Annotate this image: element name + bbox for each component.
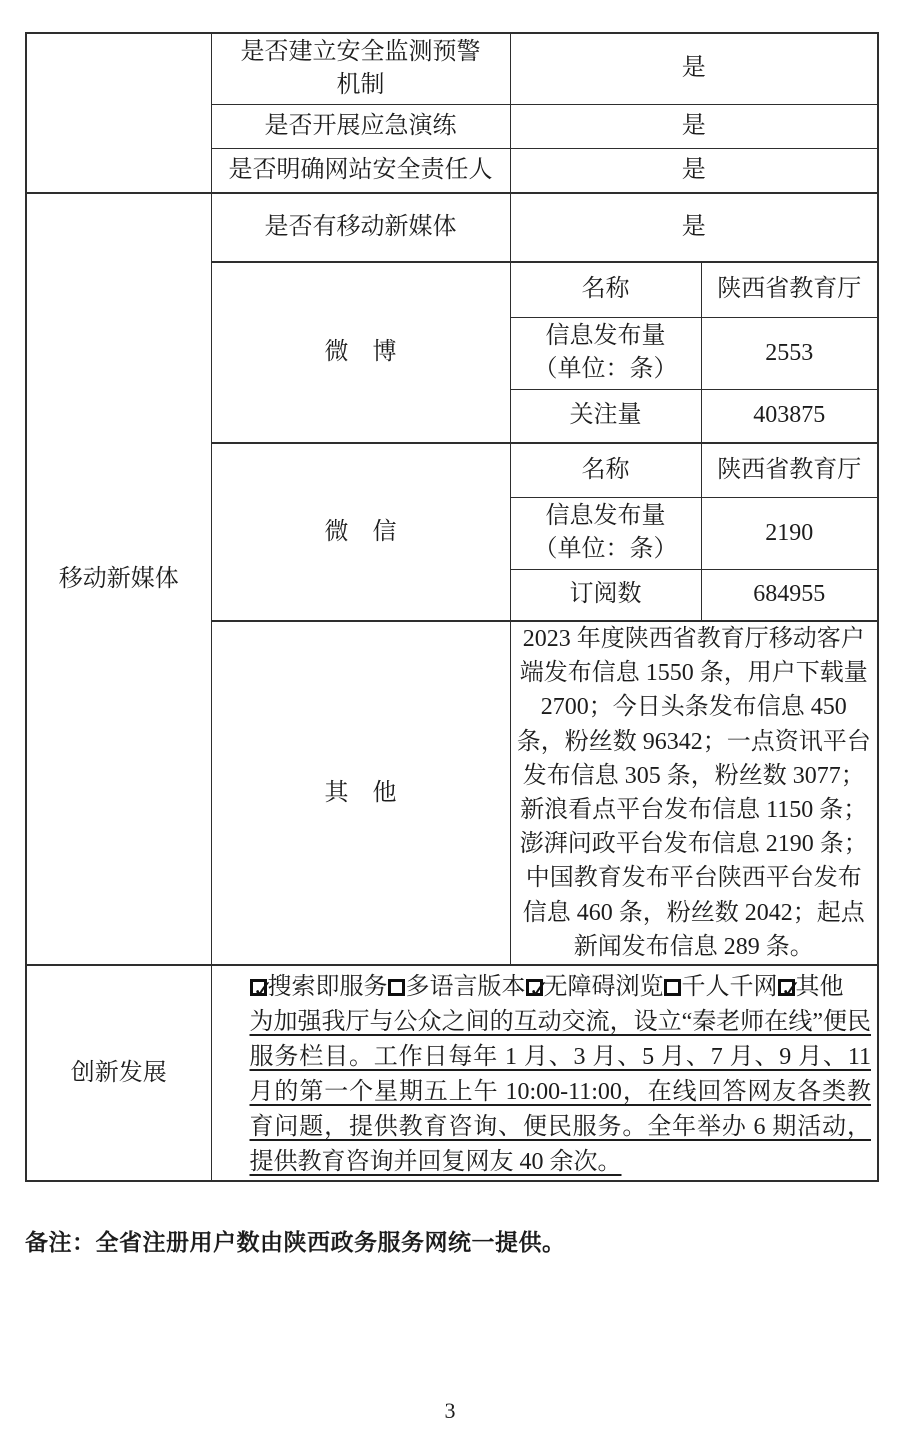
weibo-followers-value: 403875: [701, 389, 878, 443]
weibo-name-value: 陕西省教育厅: [701, 262, 878, 317]
checked-checkbox-icon: ✓: [250, 979, 267, 996]
wechat-group-label: 微 信: [211, 443, 510, 621]
checkbox-option: ✓搜索即服务: [250, 974, 388, 1000]
security-monitoring-label: 是否建立安全监测预警 机制: [211, 33, 510, 104]
checkmark-icon: ✓: [781, 972, 802, 1007]
checkbox-option: ✓无障碍浏览: [526, 974, 664, 1000]
security-responsible-person-value: 是: [510, 148, 878, 193]
mobile-media-section-label: 移动新媒体: [26, 193, 211, 965]
wechat-subscribers-label: 订阅数: [510, 569, 701, 621]
weibo-posts-value: 2553: [701, 317, 878, 389]
other-media-description: 2023 年度陕西省教育厅移动客户端发布信息 1550 条，用户下载量 2700…: [510, 621, 878, 965]
checkbox-option-label: 其他: [796, 974, 844, 1000]
wechat-posts-label: 信息发布量 （单位：条）: [510, 497, 701, 569]
innovation-checkbox-row: ✓搜索即服务多语言版本✓无障碍浏览千人千网✓其他: [250, 970, 872, 1005]
wechat-name-value: 陕西省教育厅: [701, 443, 878, 497]
checked-checkbox-icon: ✓: [778, 979, 795, 996]
checkbox-option: 千人千网: [664, 974, 778, 1000]
has-mobile-media-label: 是否有移动新媒体: [211, 193, 510, 262]
page-number: 3: [0, 1398, 900, 1424]
weibo-name-label: 名称: [510, 262, 701, 317]
weibo-posts-label-line2: （单位：条）: [513, 353, 699, 386]
wechat-posts-label-line2: （单位：条）: [513, 533, 699, 566]
unchecked-checkbox-icon: [664, 979, 681, 996]
checked-checkbox-icon: ✓: [526, 979, 543, 996]
section-continuation-cell: [26, 33, 211, 193]
wechat-posts-label-line1: 信息发布量: [513, 500, 699, 533]
emergency-drill-value: 是: [510, 104, 878, 148]
document-page: 是否建立安全监测预警 机制 是 是否开展应急演练 是 是否明确网站安全责任人 是…: [0, 0, 900, 1451]
has-mobile-media-value: 是: [510, 193, 878, 262]
weibo-group-label: 微 博: [211, 262, 510, 443]
security-responsible-person-label: 是否明确网站安全责任人: [211, 148, 510, 193]
innovation-section-label: 创新发展: [26, 965, 211, 1181]
wechat-name-label: 名称: [510, 443, 701, 497]
security-monitoring-value: 是: [510, 33, 878, 104]
checkbox-option-label: 搜索即服务: [268, 974, 388, 1000]
weibo-posts-label-line1: 信息发布量: [513, 320, 699, 353]
checkbox-option-label: 千人千网: [682, 974, 778, 1000]
weibo-followers-label: 关注量: [510, 389, 701, 443]
checkbox-option: ✓其他: [778, 974, 844, 1000]
weibo-posts-label: 信息发布量 （单位：条）: [510, 317, 701, 389]
innovation-content-cell: ✓搜索即服务多语言版本✓无障碍浏览千人千网✓其他 为加强我厅与公众之间的互动交流…: [211, 965, 878, 1181]
innovation-description: 为加强我厅与公众之间的互动交流，设立“秦老师在线”便民服务栏目。工作日每年 1 …: [250, 1005, 872, 1180]
emergency-drill-label: 是否开展应急演练: [211, 104, 510, 148]
checkmark-icon: ✓: [253, 972, 274, 1007]
other-media-group-label: 其 他: [211, 621, 510, 965]
checkbox-option-label: 多语言版本: [406, 974, 526, 1000]
checkmark-icon: ✓: [529, 972, 550, 1007]
wechat-subscribers-value: 684955: [701, 569, 878, 621]
government-website-report-table: 是否建立安全监测预警 机制 是 是否开展应急演练 是 是否明确网站安全责任人 是…: [25, 32, 879, 1182]
wechat-posts-value: 2190: [701, 497, 878, 569]
footnote: 备注：全省注册用户数由陕西政务服务网统一提供。: [25, 1224, 566, 1257]
checkbox-option: 多语言版本: [388, 974, 526, 1000]
checkbox-option-label: 无障碍浏览: [544, 974, 664, 1000]
unchecked-checkbox-icon: [388, 979, 405, 996]
